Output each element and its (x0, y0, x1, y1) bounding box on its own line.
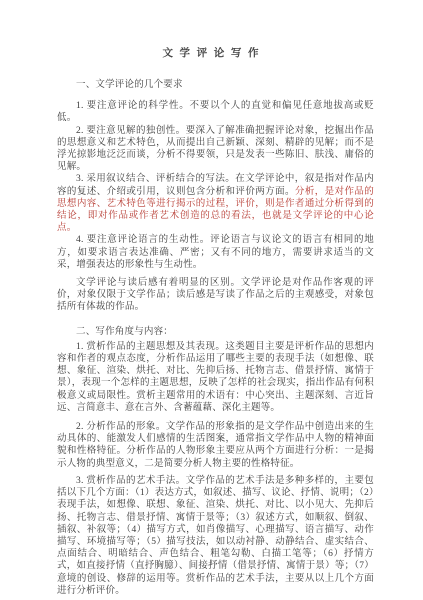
section1-item1-scientificity: 1. 要注意评论的科学性。不要以个人的直觉和偏见任意地拔高或贬低。 (57, 100, 374, 124)
document-page: 文 学 评 论 写 作 一、文学评论的几个要求 1. 要注意评论的科学性。不要以… (0, 0, 423, 600)
section2-item3-artistic-techniques: 3. 赏析作品的艺术手法。文学作品的艺术手法是多种多样的，主要包括以下几个方面：… (57, 475, 374, 597)
section1-item2-originality: 2. 要注意见解的独创性。要深入了解准确把握评论对象，挖掘出作品的思想意义和艺术… (57, 125, 374, 174)
document-body: 一、文学评论的几个要求 1. 要注意评论的科学性。不要以个人的直觉和偏见任意地拔… (57, 70, 374, 597)
page-number: 1 (0, 558, 423, 567)
section2-item2-image-analysis: 2. 分析作品的形象。文学作品的形象指的是文学作品中创造出来的生动具体的、能激发… (57, 421, 374, 470)
section1-item3-narration-analysis: 3. 采用叙议结合、评析结合的写法。在文学评论中，叙是指对作品内容的复述、介绍或… (57, 173, 374, 234)
section2-heading: 二、写作角度与内容： (57, 326, 374, 338)
section1-heading: 一、文学评论的几个要求 (57, 79, 374, 91)
document-title: 文 学 评 论 写 作 (0, 45, 423, 60)
section1-item4-language-vividness: 4. 要注意评论语言的生动性。评论语言与议论文的语言有相同的地方，如要求语言表达… (57, 234, 374, 271)
section1-note-review-vs-reflection: 文学评论与读后感有着明显的区别。文学评论是对作品作客观的评价，对象仅限于文学作品… (57, 277, 374, 314)
section2-item1-theme-analysis: 1. 赏析作品的主题思想及其表现。这类题目主要是评析作品的思想内容和作者的观点态… (57, 341, 374, 414)
